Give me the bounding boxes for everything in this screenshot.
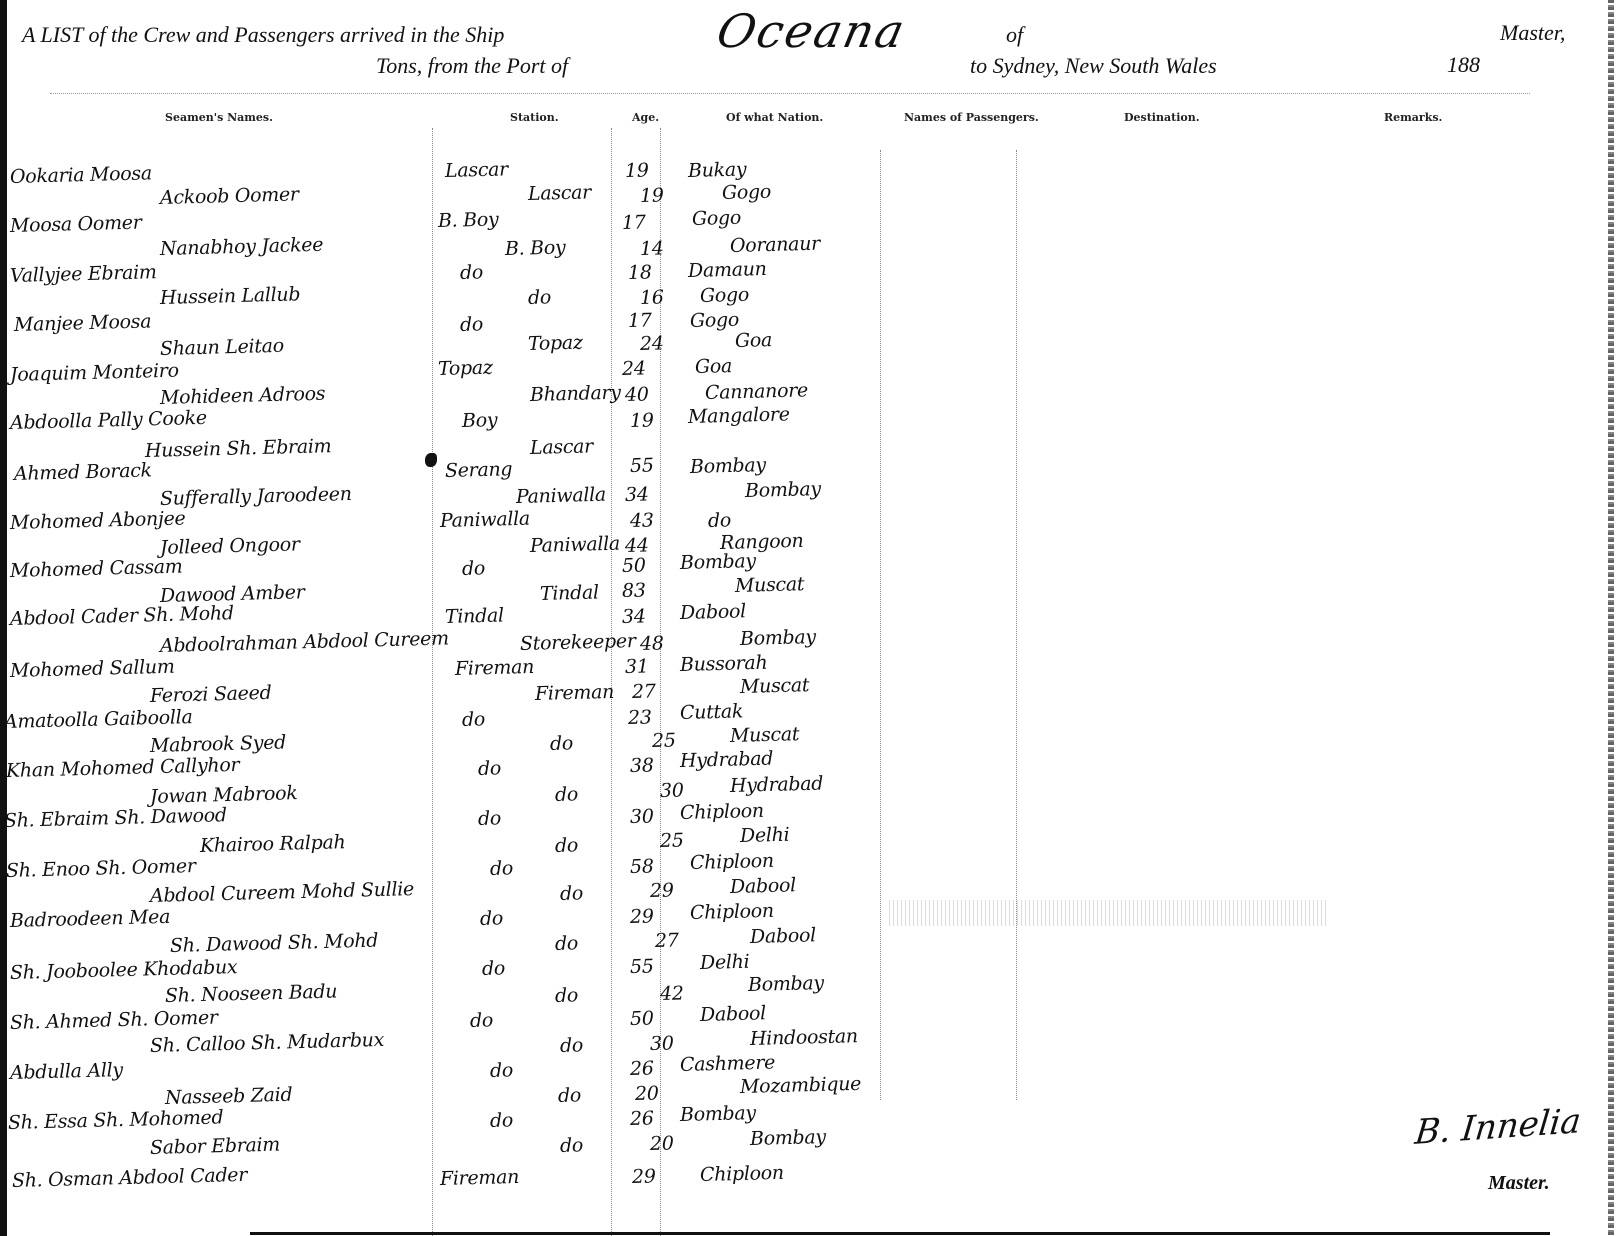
crew-row-age: 20 [650, 1132, 674, 1155]
crew-row-age: 31 [625, 655, 649, 678]
crew-row-name: Manjee Moosa [14, 310, 152, 336]
crew-row-age: 18 [628, 261, 652, 284]
crew-row-age: 29 [630, 905, 654, 928]
crew-row-station: Tindal [445, 604, 504, 628]
crew-row-nation: Dabool [680, 600, 746, 624]
crew-row-station: Paniwalla [440, 508, 530, 532]
crew-row-age: 24 [640, 332, 664, 355]
crew-row-nation: Bombay [680, 550, 756, 574]
crew-row-station: do [490, 1109, 514, 1132]
col-seamens-names: Seamen's Names. [165, 111, 273, 124]
crew-row-name: Nasseeb Zaid [165, 1084, 293, 1109]
crew-row-station: Topaz [438, 357, 493, 380]
crew-row-name: Mohomed Cassam [10, 555, 183, 582]
crew-row-name: Mohideen Adroos [160, 383, 326, 409]
crew-row-age: 25 [652, 729, 676, 752]
crew-row-name: Hussein Sh. Ebraim [145, 435, 332, 462]
crew-row-nation: Muscat [730, 723, 800, 747]
crew-row-nation: Bombay [745, 478, 821, 502]
crew-row-station: do [480, 907, 504, 930]
crew-row-nation: Dabool [750, 924, 816, 948]
crew-row-nation: Chiploon [690, 850, 774, 874]
crew-row-age: 26 [630, 1107, 654, 1130]
crew-row-age: 55 [630, 454, 654, 477]
crew-row-nation: Hindoostan [750, 1025, 858, 1050]
crew-row-station: Fireman [535, 681, 615, 705]
crew-row-station: Serang [445, 458, 513, 482]
crew-row-age: 58 [630, 855, 654, 878]
crew-row-station: do [558, 1084, 582, 1107]
master-signature: B. Innelia [1413, 1101, 1583, 1153]
crew-row-nation: Cuttak [680, 700, 744, 724]
crew-row-name: Khan Mohomed Callyhor [6, 754, 240, 782]
crew-row-station: Tindal [540, 581, 599, 605]
col-destination: Destination. [1124, 111, 1200, 124]
crew-row-name: Sabor Ebraim [150, 1134, 281, 1159]
crew-row-age: 25 [660, 829, 684, 852]
crew-row-name: Ahmed Borack [14, 459, 152, 485]
crew-row-name: Sh. Jooboolee Khodabux [10, 956, 238, 984]
header-tons-port: Tons, from the Port of [376, 53, 568, 79]
crew-row-nation: Delhi [700, 951, 750, 974]
crew-row-nation: Muscat [740, 674, 810, 698]
crew-row-age: 27 [655, 929, 679, 952]
crew-row-station: B. Boy [505, 236, 566, 260]
crew-row-name: Khairoo Ralpah [200, 831, 346, 857]
crew-row-station: Boy [462, 409, 498, 432]
crew-row-age: 19 [630, 409, 654, 432]
crew-row-nation: Goa [735, 329, 773, 352]
ship-name: Oceana [712, 4, 911, 58]
col-nation: Of what Nation. [726, 111, 823, 124]
crew-row-age: 83 [622, 579, 646, 602]
crew-row-age: 40 [625, 383, 649, 406]
header-of: of [1006, 22, 1023, 48]
crew-row-station: do [460, 313, 484, 336]
crew-row-age: 30 [650, 1032, 674, 1055]
crew-row-nation: Bombay [748, 972, 824, 996]
scan-smudge [889, 900, 1329, 926]
crew-row-nation: Gogo [700, 284, 750, 307]
crew-row-nation: Mangalore [688, 403, 790, 428]
crew-row-name: Mohomed Sallum [10, 656, 175, 682]
crew-row-age: 42 [660, 982, 684, 1005]
scan-left-border [0, 0, 7, 1236]
crew-row-name: Amatoolla Gaiboolla [4, 706, 193, 733]
crew-row-station: do [490, 1059, 514, 1082]
crew-row-name: Sh. Enoo Sh. Oomer [6, 855, 196, 882]
crew-row-station: Paniwalla [530, 533, 620, 557]
ink-blot [425, 453, 437, 467]
crew-row-name: Sh. Nooseen Badu [165, 980, 338, 1007]
crew-row-age: 50 [630, 1007, 654, 1030]
crew-row-station: do [560, 882, 584, 905]
crew-row-station: do [490, 857, 514, 880]
crew-row-age: 23 [628, 706, 652, 729]
crew-row-age: 19 [625, 159, 649, 182]
col-remarks: Remarks. [1384, 111, 1442, 124]
crew-row-nation: Chiploon [690, 900, 774, 924]
crew-row-station: do [550, 732, 574, 755]
crew-row-name: Hussein Lallub [160, 283, 301, 309]
crew-row-age: 30 [660, 779, 684, 802]
crew-row-age: 30 [630, 805, 654, 828]
crew-row-name: Vallyjee Ebraim [10, 261, 157, 287]
crew-row-name: Mohomed Abonjee [10, 507, 186, 534]
crew-row-nation: Bombay [680, 1102, 756, 1126]
rule-station [432, 128, 433, 1236]
col-age: Age. [632, 111, 659, 124]
crew-row-station: do [528, 286, 552, 309]
crew-row-nation: Delhi [740, 824, 790, 847]
crew-row-nation: Bussorah [680, 652, 768, 676]
signature-master-label: Master. [1488, 1172, 1550, 1195]
header-destination: to Sydney, New South Wales [970, 53, 1217, 79]
crew-row-nation: Chiploon [700, 1162, 784, 1186]
crew-row-name: Ackoob Oomer [160, 183, 299, 209]
crew-row-name: Moosa Oomer [10, 212, 142, 237]
crew-row-nation: Gogo [692, 207, 742, 230]
crew-row-nation: Bukay [688, 158, 747, 182]
crew-row-station: do [560, 1134, 584, 1157]
crew-row-name: Abdoolla Pally Cooke [10, 407, 207, 434]
crew-row-name: Sh. Ahmed Sh. Oomer [10, 1007, 218, 1034]
crew-row-nation: Bombay [690, 454, 766, 478]
crew-row-station: B. Boy [438, 208, 499, 232]
crew-row-station: do [460, 261, 484, 284]
crew-row-nation: Cannanore [705, 379, 809, 404]
crew-row-nation: Dabool [730, 874, 796, 898]
scan-right-border [1608, 0, 1614, 1236]
crew-row-nation: Gogo [690, 309, 740, 332]
crew-row-age: 24 [622, 357, 646, 380]
crew-row-name: Sh. Essa Sh. Mohomed [8, 1106, 224, 1134]
crew-row-name: Ferozi Saeed [150, 682, 272, 707]
header-rule [50, 93, 1530, 94]
header-line1-prefix: A LIST of the Crew and Passengers arrive… [22, 22, 504, 48]
crew-row-name: Abdool Cader Sh. Mohd [10, 602, 234, 630]
crew-row-nation: Bombay [750, 1126, 826, 1150]
crew-row-age: 29 [632, 1165, 656, 1188]
crew-row-age: 38 [630, 754, 654, 777]
crew-row-nation: Ooranaur [730, 233, 820, 257]
crew-row-station: Fireman [455, 656, 535, 680]
crew-row-name: Sufferally Jaroodeen [160, 483, 352, 510]
crew-row-nation: Damaun [688, 258, 767, 282]
crew-row-station: do [560, 1034, 584, 1057]
crew-row-name: Abdulla Ally [10, 1059, 123, 1084]
crew-row-age: 19 [640, 184, 664, 207]
crew-row-station: Topaz [528, 332, 583, 355]
crew-row-station: do [462, 557, 486, 580]
rule-destination [1016, 150, 1017, 1100]
crew-row-name: Sh. Ebraim Sh. Dawood [4, 804, 227, 832]
crew-row-station: Lascar [445, 158, 509, 182]
crew-row-name: Mabrook Syed [150, 731, 287, 757]
crew-row-station: Storekeeper [520, 630, 636, 655]
header-year: 188 [1447, 52, 1480, 78]
crew-row-name: Sh. Calloo Sh. Mudarbux [150, 1029, 385, 1057]
crew-row-station: do [555, 834, 579, 857]
crew-row-nation: Muscat [735, 573, 805, 597]
crew-row-age: 43 [630, 509, 654, 532]
crew-row-name: Badroodeen Mea [10, 906, 171, 932]
crew-row-station: Fireman [440, 1166, 520, 1190]
crew-row-nation: Dabool [700, 1002, 766, 1026]
crew-row-nation: Mozambique [740, 1073, 862, 1098]
crew-row-station: do [555, 932, 579, 955]
crew-row-name: Abdool Cureem Mohd Sullie [150, 878, 415, 907]
crew-row-nation: Bombay [740, 626, 816, 650]
crew-row-age: 55 [630, 955, 654, 978]
crew-row-age: 14 [640, 237, 664, 260]
crew-row-nation: Chiploon [680, 800, 764, 824]
crew-row-station: do [470, 1009, 494, 1032]
crew-row-age: 50 [622, 554, 646, 577]
crew-row-age: 26 [630, 1057, 654, 1080]
crew-row-nation: Cashmere [680, 1052, 776, 1076]
crew-row-age: 34 [625, 483, 649, 506]
crew-row-station: do [555, 783, 579, 806]
rule-passengers [880, 150, 881, 1100]
crew-row-nation: Hydrabad [730, 773, 824, 797]
crew-row-station: Lascar [530, 435, 594, 459]
crew-row-name: Shaun Leitao [160, 335, 284, 360]
crew-row-station: do [482, 957, 506, 980]
col-passengers: Names of Passengers. [904, 111, 1039, 124]
col-station: Station. [510, 111, 559, 124]
crew-row-age: 20 [635, 1082, 659, 1105]
bottom-rule [250, 1232, 1550, 1235]
crew-row-station: do [478, 757, 502, 780]
crew-row-station: do [555, 984, 579, 1007]
crew-row-age: 17 [622, 211, 646, 234]
crew-row-age: 29 [650, 879, 674, 902]
header-master: Master, [1500, 20, 1565, 46]
crew-row-station: Bhandary [530, 382, 621, 406]
crew-row-station: Paniwalla [516, 484, 606, 508]
crew-row-name: Joaquim Monteiro [10, 360, 179, 386]
crew-row-nation: Goa [695, 355, 733, 378]
crew-row-age: 27 [632, 680, 656, 703]
crew-row-name: Nanabhoy Jackee [160, 234, 324, 260]
crew-row-age: 17 [628, 309, 652, 332]
crew-row-age: 34 [622, 605, 646, 628]
crew-row-station: do [462, 708, 486, 731]
crew-row-age: 48 [640, 632, 664, 655]
crew-row-name: Sh. Osman Abdool Cader [12, 1164, 248, 1192]
crew-row-age: 16 [640, 286, 664, 309]
crew-row-nation: do [708, 509, 732, 532]
crew-row-nation: Gogo [722, 181, 772, 204]
crew-row-name: Ookaria Moosa [10, 162, 152, 188]
crew-row-name: Abdoolrahman Abdool Cureem [160, 627, 449, 657]
crew-row-nation: Hydrabad [680, 748, 774, 772]
crew-row-station: Lascar [528, 181, 592, 205]
crew-row-name: Sh. Dawood Sh. Mohd [170, 930, 379, 957]
crew-row-station: do [478, 807, 502, 830]
